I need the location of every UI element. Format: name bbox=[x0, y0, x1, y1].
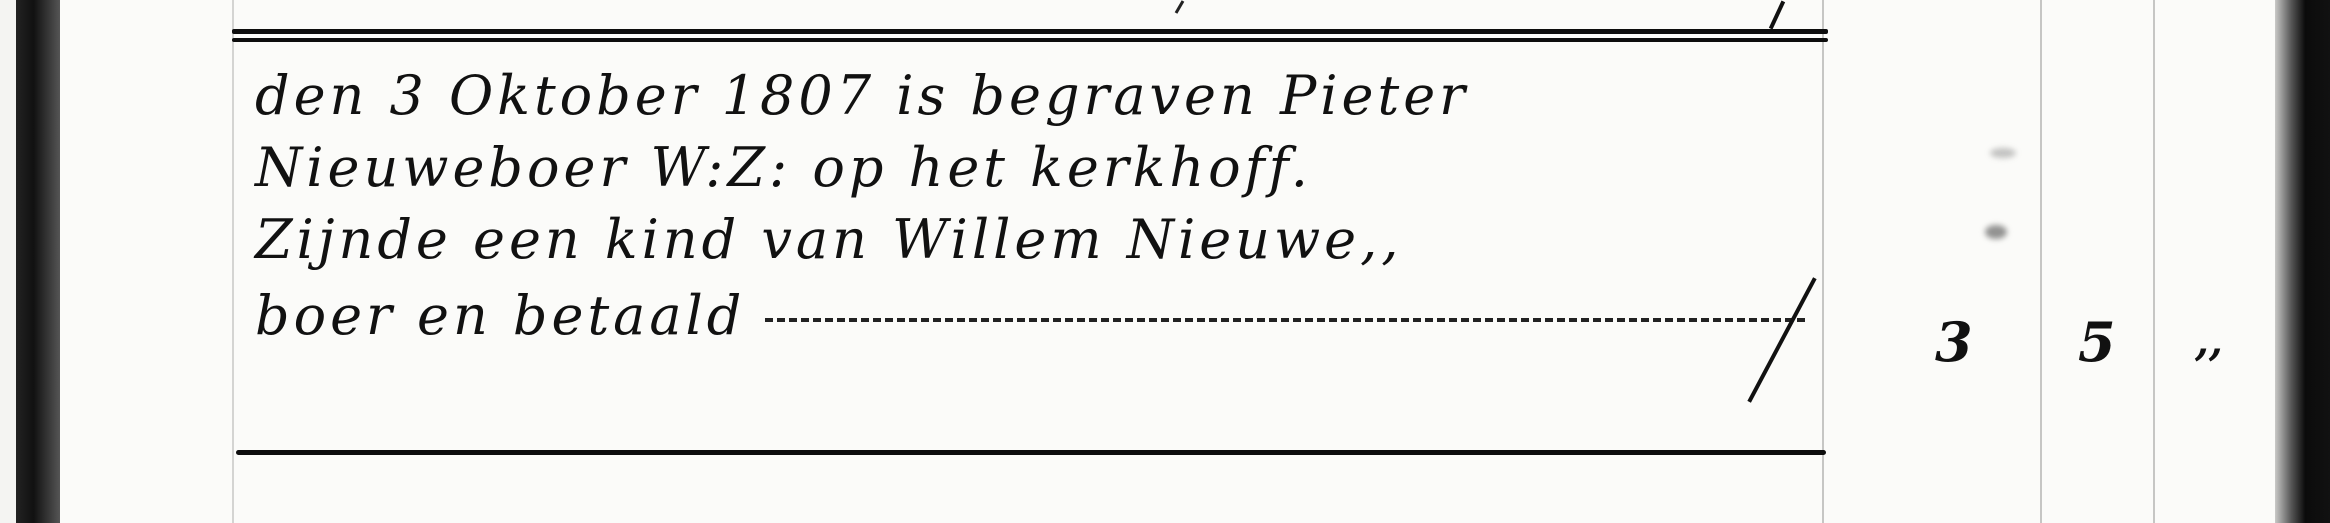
burial-entry: den 3 Oktober 1807 is begraven Pieter Ni… bbox=[255, 55, 1815, 357]
rule-line bbox=[232, 29, 1828, 34]
dashed-leader bbox=[765, 318, 1805, 322]
amount-guilders: 3 bbox=[1935, 310, 1973, 374]
entry-bottom-rule bbox=[236, 450, 1826, 455]
ink-smudge bbox=[1985, 225, 2007, 239]
column-rule-1 bbox=[1822, 0, 1824, 523]
entry-line-4-text: boer en betaald bbox=[255, 275, 745, 357]
entry-line-3: Zijnde een kind van Willem Nieuwe,, bbox=[255, 199, 1815, 281]
rule-line bbox=[232, 38, 1828, 42]
left-margin-rule bbox=[232, 0, 234, 523]
entry-line-4: boer en betaald bbox=[255, 275, 1815, 357]
column-rule-2 bbox=[2040, 0, 2042, 523]
entry-line-1: den 3 Oktober 1807 is begraven Pieter bbox=[255, 55, 1815, 137]
left-binding-edge bbox=[16, 0, 60, 523]
amount-stuivers: 5 bbox=[2078, 310, 2116, 374]
entry-top-double-rule bbox=[232, 29, 1828, 43]
ink-smudge bbox=[1990, 148, 2016, 158]
right-binding-edge bbox=[2275, 0, 2330, 523]
amount-penningen: ,, bbox=[2195, 318, 2223, 365]
column-rule-3 bbox=[2153, 0, 2155, 523]
entry-line-2: Nieuweboer W:Z: op het kerkhoff. bbox=[255, 127, 1815, 209]
